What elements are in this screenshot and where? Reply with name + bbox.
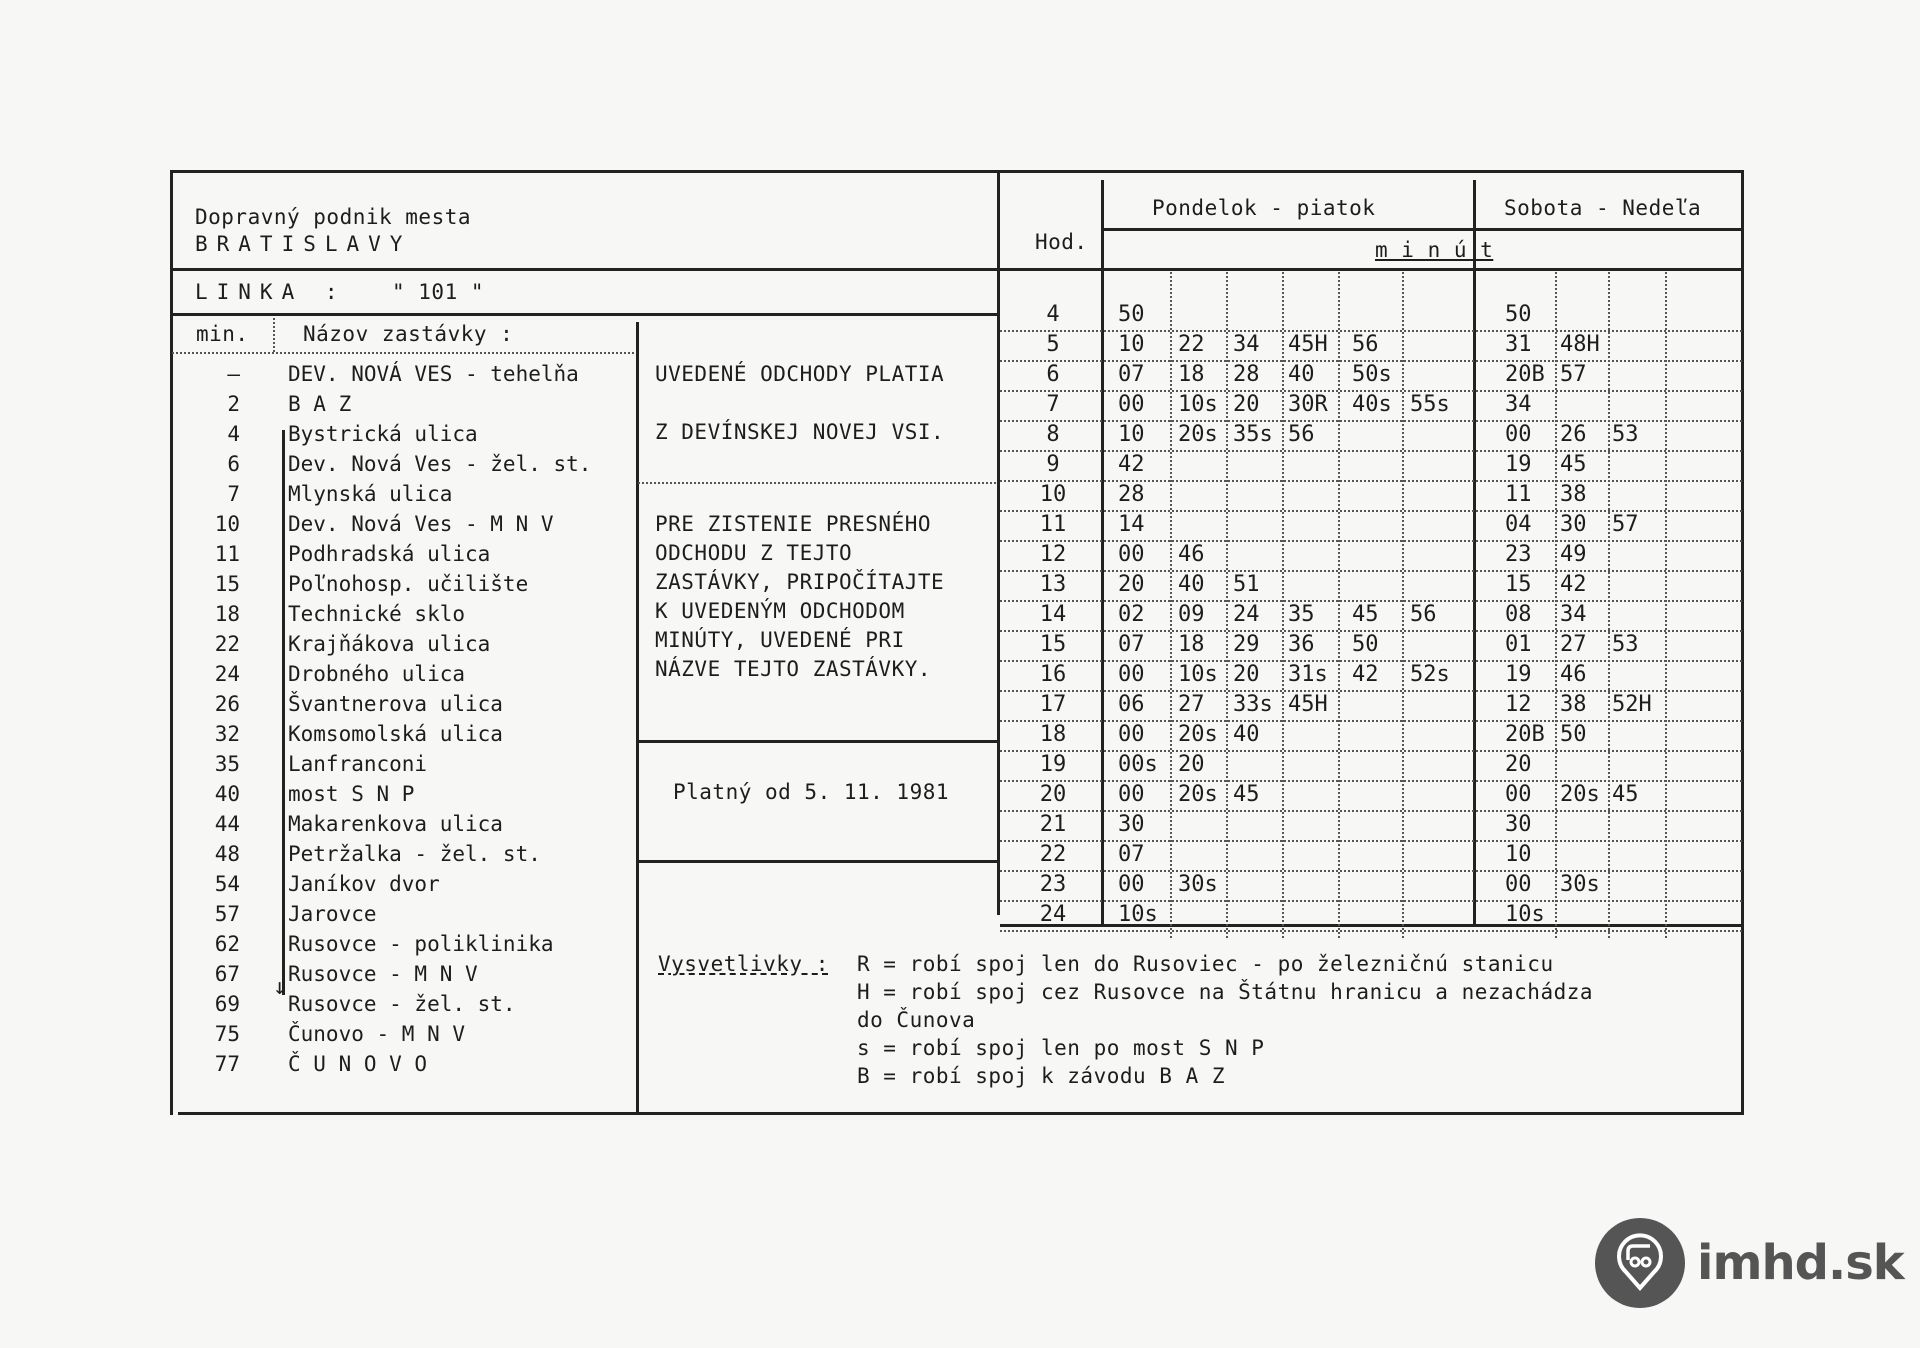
hod-col-right xyxy=(1101,180,1104,925)
grid-row-line xyxy=(1000,810,1742,812)
weekend-departure: 52H xyxy=(1612,690,1652,720)
weekday-departure: 51 xyxy=(1233,570,1260,600)
stop-minute-offset: 62 xyxy=(170,932,240,956)
stop-minute-offset: 11 xyxy=(170,542,240,566)
weekday-departure: 56 xyxy=(1410,600,1437,630)
hour-cell: 19 xyxy=(1005,750,1101,780)
note-line: B = robí spoj k závodu B A Z xyxy=(857,1064,1225,1088)
stop-minute-offset: 57 xyxy=(170,902,240,926)
notes-sep-2 xyxy=(638,740,1000,743)
stop-minute-offset: 26 xyxy=(170,692,240,716)
weekend-departure: 34 xyxy=(1560,600,1587,630)
grid-col-line xyxy=(1226,272,1228,938)
weekday-departure: 40s xyxy=(1352,390,1392,420)
hour-cell: 12 xyxy=(1005,540,1101,570)
grid-row-line xyxy=(1000,540,1742,542)
note-line: ODCHODU Z TEJTO xyxy=(655,541,852,565)
hour-header: Hod. xyxy=(1035,230,1088,254)
stop-name: Makarenkova ulica xyxy=(288,812,503,836)
stop-name: Čunovo - M N V xyxy=(288,1022,465,1046)
weekend-departure: 20 xyxy=(1505,750,1532,780)
weekend-departure: 20B xyxy=(1505,360,1545,390)
stop-minute-offset: 32 xyxy=(170,722,240,746)
weekday-departure: 42 xyxy=(1352,660,1379,690)
weekday-departure: 50 xyxy=(1352,630,1379,660)
stop-minute-offset: 75 xyxy=(170,1022,240,1046)
weekday-departure: 29 xyxy=(1233,630,1260,660)
weekend-departure: 53 xyxy=(1612,630,1639,660)
weekday-departure: 50 xyxy=(1118,300,1145,330)
stop-minute-offset: 77 xyxy=(170,1052,240,1076)
stop-minute-offset: 7 xyxy=(170,482,240,506)
line-label: LINKA : xyxy=(195,280,347,304)
weekend-departure: 00 xyxy=(1505,870,1532,900)
weekend-departure: 19 xyxy=(1505,660,1532,690)
weekday-departure: 45H xyxy=(1288,690,1328,720)
weekday-departure: 00 xyxy=(1118,660,1145,690)
weekday-departure: 07 xyxy=(1118,840,1145,870)
stop-minute-offset: 15 xyxy=(170,572,240,596)
stop-name: Mlynská ulica xyxy=(288,482,452,506)
timetable-bottom xyxy=(1000,924,1744,927)
weekday-departure: 10 xyxy=(1118,330,1145,360)
weekend-departure: 31 xyxy=(1505,330,1532,360)
grid-row-line xyxy=(1000,840,1742,842)
weekday-departure: 27 xyxy=(1178,690,1205,720)
note-line: NÁZVE TEJTO ZASTÁVKY. xyxy=(655,657,931,681)
weekday-departure: 28 xyxy=(1233,360,1260,390)
weekend-departure: 15 xyxy=(1505,570,1532,600)
grid-row-line xyxy=(1000,930,1742,932)
weekday-departure: 45 xyxy=(1352,600,1379,630)
note-line: PRE ZISTENIE PRESNÉHO xyxy=(655,512,931,536)
stop-minute-offset: 67 xyxy=(170,962,240,986)
note-line: Z DEVÍNSKEJ NOVEJ VSI. xyxy=(655,420,944,444)
frame-bottom xyxy=(178,1112,1744,1115)
weekday-departure: 00s xyxy=(1118,750,1158,780)
stop-name: Dev. Nová Ves - M N V xyxy=(288,512,554,536)
hour-cell: 24 xyxy=(1005,900,1101,930)
stop-name: Č U N O V O xyxy=(288,1052,427,1076)
stop-name: Poľnohosp. učilište xyxy=(288,572,528,596)
hour-cell: 7 xyxy=(1005,390,1101,420)
stop-name: Jarovce xyxy=(288,902,377,926)
stop-name: most S N P xyxy=(288,782,414,806)
weekend-departure: 08 xyxy=(1505,600,1532,630)
hour-cell: 11 xyxy=(1005,510,1101,540)
weekend-departure: 46 xyxy=(1560,660,1587,690)
weekend-departure: 10s xyxy=(1505,900,1545,930)
grid-row-line xyxy=(1000,480,1742,482)
weekend-departure: 27 xyxy=(1560,630,1587,660)
weekend-departure: 50 xyxy=(1505,300,1532,330)
hour-cell: 18 xyxy=(1005,720,1101,750)
weekday-departure: 10s xyxy=(1118,900,1158,930)
weekday-departure: 22 xyxy=(1178,330,1205,360)
weekend-departure: 50 xyxy=(1560,720,1587,750)
weekday-departure: 20 xyxy=(1178,750,1205,780)
weekday-departure: 20s xyxy=(1178,420,1218,450)
weekend-departure: 57 xyxy=(1560,360,1587,390)
weekday-departure: 40 xyxy=(1178,570,1205,600)
weekday-departure: 40 xyxy=(1233,720,1260,750)
note-line: s = robí spoj len po most S N P xyxy=(857,1036,1264,1060)
stop-minute-offset: 48 xyxy=(170,842,240,866)
weekend-departure: 30 xyxy=(1560,510,1587,540)
grid-row-line xyxy=(1000,570,1742,572)
weekday-departure: 06 xyxy=(1118,690,1145,720)
stop-minute-offset: 35 xyxy=(170,752,240,776)
weekend-departure: 49 xyxy=(1560,540,1587,570)
stop-minute-offset: 2 xyxy=(170,392,240,416)
hour-cell: 17 xyxy=(1005,690,1101,720)
note-line: R = robí spoj len do Rusoviec - po želez… xyxy=(857,952,1554,976)
weekday-departure: 02 xyxy=(1118,600,1145,630)
weekday-departure: 45 xyxy=(1233,780,1260,810)
note-line: UVEDENÉ ODCHODY PLATIA xyxy=(655,362,944,386)
note-line: MINÚTY, UVEDENÉ PRI xyxy=(655,628,905,652)
hour-cell: 15 xyxy=(1005,630,1101,660)
weekend-departure: 30 xyxy=(1505,810,1532,840)
hour-cell: 20 xyxy=(1005,780,1101,810)
weekend-departure: 48H xyxy=(1560,330,1600,360)
hour-cell: 10 xyxy=(1005,480,1101,510)
weekday-departure: 00 xyxy=(1118,540,1145,570)
logo-wordmark: imhd.sk xyxy=(1697,1235,1904,1291)
weekend-departure: 38 xyxy=(1560,480,1587,510)
stop-name: Bystrická ulica xyxy=(288,422,478,446)
weekday-departure: 42 xyxy=(1118,450,1145,480)
stops-notes-divider xyxy=(636,322,639,1112)
stop-name: Krajňákova ulica xyxy=(288,632,490,656)
grid-col-line xyxy=(1402,272,1404,938)
weekend-departure: 19 xyxy=(1505,450,1532,480)
weekday-departure: 20 xyxy=(1233,390,1260,420)
weekend-departure: 26 xyxy=(1560,420,1587,450)
hour-cell: 13 xyxy=(1005,570,1101,600)
grid-col-line xyxy=(1665,272,1667,938)
grid-row-line xyxy=(1000,870,1742,872)
weekday-departure: 35 xyxy=(1288,600,1315,630)
grid-row-line xyxy=(1000,750,1742,752)
weekday-departure: 33s xyxy=(1233,690,1273,720)
stop-minute-offset: 69 xyxy=(170,992,240,1016)
weekend-departure: 34 xyxy=(1505,390,1532,420)
stop-name: Podhradská ulica xyxy=(288,542,490,566)
weekend-departure: 38 xyxy=(1560,690,1587,720)
stop-name: Rusovce - poliklinika xyxy=(288,932,554,956)
weekday-departure: 56 xyxy=(1352,330,1379,360)
weekday-departure: 10 xyxy=(1118,420,1145,450)
weekday-departure: 20s xyxy=(1178,780,1218,810)
weekday-header: Pondelok - piatok xyxy=(1152,196,1375,220)
weekend-departure: 45 xyxy=(1560,450,1587,480)
weekend-header: Sobota - Nedeľa xyxy=(1504,196,1701,220)
weekday-departure: 10s xyxy=(1178,390,1218,420)
minutes-header: m i n ú t xyxy=(1375,238,1493,262)
hour-cell: 16 xyxy=(1005,660,1101,690)
stop-minute-offset: 4 xyxy=(170,422,240,446)
map-pin-bus-icon xyxy=(1595,1218,1685,1308)
stop-name: DEV. NOVÁ VES - tehelňa xyxy=(288,362,579,386)
weekday-departure: 35s xyxy=(1233,420,1273,450)
hour-cell: 21 xyxy=(1005,810,1101,840)
note-line: ZASTÁVKY, PRIPOČÍTAJTE xyxy=(655,570,944,594)
weekday-departure: 56 xyxy=(1288,420,1315,450)
grid-col-line xyxy=(1608,272,1610,938)
stop-minute-offset: 22 xyxy=(170,632,240,656)
stop-name: Dev. Nová Ves - žel. st. xyxy=(288,452,591,476)
weekday-departure: 20 xyxy=(1118,570,1145,600)
weekend-departure: 10 xyxy=(1505,840,1532,870)
weekday-departure: 52s xyxy=(1410,660,1450,690)
stop-name: Drobného ulica xyxy=(288,662,465,686)
weekday-departure: 40 xyxy=(1288,360,1315,390)
stop-name: B A Z xyxy=(288,392,351,416)
grid-row-line xyxy=(1000,900,1742,902)
weekday-departure: 09 xyxy=(1178,600,1205,630)
weekday-departure: 00 xyxy=(1118,720,1145,750)
weekday-departure: 07 xyxy=(1118,630,1145,660)
grid-col-line xyxy=(1170,272,1172,938)
weekday-departure: 36 xyxy=(1288,630,1315,660)
weekday-departure: 18 xyxy=(1178,630,1205,660)
weekday-departure: 20 xyxy=(1233,660,1260,690)
weekend-departure: 00 xyxy=(1505,780,1532,810)
stop-name: Rusovce - žel. st. xyxy=(288,992,516,1016)
stop-list: —DEV. NOVÁ VES - tehelňa2B A Z4Bystrická… xyxy=(170,362,630,1082)
weekday-departure: 24 xyxy=(1233,600,1260,630)
weekday-departure: 28 xyxy=(1118,480,1145,510)
grid-col-line xyxy=(1282,272,1284,938)
stop-name: Švantnerova ulica xyxy=(288,692,503,716)
weekday-departure: 20s xyxy=(1178,720,1218,750)
weekend-departure: 42 xyxy=(1560,570,1587,600)
hour-cell: 22 xyxy=(1005,840,1101,870)
weekday-departure: 46 xyxy=(1178,540,1205,570)
hour-cell: 14 xyxy=(1005,600,1101,630)
weekend-departure: 04 xyxy=(1505,510,1532,540)
minutes-header-sep xyxy=(1000,268,1744,271)
weekday-departure: 00 xyxy=(1118,390,1145,420)
grid-col-line xyxy=(1555,272,1557,938)
note-line: do Čunova xyxy=(857,1008,975,1032)
stop-minute-offset: 6 xyxy=(170,452,240,476)
weekend-departure: 20B xyxy=(1505,720,1545,750)
hour-cell: 5 xyxy=(1005,330,1101,360)
stop-name: Petržalka - žel. st. xyxy=(288,842,541,866)
stop-minute-offset: 54 xyxy=(170,872,240,896)
stop-minute-offset: 10 xyxy=(170,512,240,536)
stop-name: Komsomolská ulica xyxy=(288,722,503,746)
weekend-departure: 00 xyxy=(1505,420,1532,450)
line-number: " 101 " xyxy=(392,280,484,304)
stop-name: Lanfranconi xyxy=(288,752,427,776)
grid-row-line xyxy=(1000,450,1742,452)
note-line: H = robí spoj cez Rusovce na Štátnu hran… xyxy=(857,980,1593,1004)
stops-header-sep xyxy=(172,352,634,354)
frame-top xyxy=(170,170,1744,173)
hour-cell: 8 xyxy=(1005,420,1101,450)
weekday-departure: 00 xyxy=(1118,870,1145,900)
weekday-departure: 10s xyxy=(1178,660,1218,690)
weekday-departure: 30s xyxy=(1178,870,1218,900)
company-city: BRATISLAVY xyxy=(195,232,411,256)
frame-right xyxy=(1741,170,1744,1115)
grid-col-line xyxy=(1338,272,1340,938)
weekday-departure: 55s xyxy=(1410,390,1450,420)
col-name-header: Názov zastávky : xyxy=(303,322,513,346)
weekday-departure: 18 xyxy=(1178,360,1205,390)
stop-name: Rusovce - M N V xyxy=(288,962,478,986)
weekday-departure: 00 xyxy=(1118,780,1145,810)
note-line: K UVEDENÝM ODCHODOM xyxy=(655,599,905,623)
weekend-departure: 30s xyxy=(1560,870,1600,900)
header-sep-2 xyxy=(170,313,1000,316)
hod-col-left xyxy=(997,170,1000,915)
stop-minute-offset: 44 xyxy=(170,812,240,836)
col-min-header: min. xyxy=(196,322,249,346)
stop-minute-offset: 40 xyxy=(170,782,240,806)
weekend-departure: 53 xyxy=(1612,420,1639,450)
stop-name: Janíkov dvor xyxy=(288,872,440,896)
weekday-departure: 07 xyxy=(1118,360,1145,390)
min-col-divider xyxy=(273,318,275,352)
hour-cell: 23 xyxy=(1005,870,1101,900)
weekend-departure: 12 xyxy=(1505,690,1532,720)
header-sep-1 xyxy=(170,268,1000,271)
day-header-sep xyxy=(1103,228,1743,231)
weekday-departure: 50s xyxy=(1352,360,1392,390)
stop-name: Technické sklo xyxy=(288,602,465,626)
grid-row-line xyxy=(1000,720,1742,722)
stop-minute-offset: 24 xyxy=(170,662,240,686)
weekday-departure: 30R xyxy=(1288,390,1328,420)
company-name: Dopravný podnik mesta xyxy=(195,205,471,229)
notes-sep-3 xyxy=(638,860,1000,863)
imhd-logo: imhd.sk xyxy=(1595,1218,1904,1308)
valid-from: Platný od 5. 11. 1981 xyxy=(673,780,949,804)
hour-cell: 6 xyxy=(1005,360,1101,390)
weekday-departure: 31s xyxy=(1288,660,1328,690)
hour-cell: 9 xyxy=(1005,450,1101,480)
legend-title: Vysvetlivky : xyxy=(658,952,829,976)
weekday-departure: 30 xyxy=(1118,810,1145,840)
hour-cell: 4 xyxy=(1005,300,1101,330)
weekday-weekend-divider xyxy=(1473,180,1476,925)
weekend-departure: 20s xyxy=(1560,780,1600,810)
weekday-departure: 34 xyxy=(1233,330,1260,360)
weekday-departure: 45H xyxy=(1288,330,1328,360)
stop-minute-offset: — xyxy=(170,362,240,386)
stop-minute-offset: 18 xyxy=(170,602,240,626)
weekend-departure: 01 xyxy=(1505,630,1532,660)
weekend-departure: 57 xyxy=(1612,510,1639,540)
notes-sep-1 xyxy=(638,482,1000,484)
weekday-departure: 14 xyxy=(1118,510,1145,540)
weekend-departure: 11 xyxy=(1505,480,1532,510)
weekend-departure: 23 xyxy=(1505,540,1532,570)
weekend-departure: 45 xyxy=(1612,780,1639,810)
